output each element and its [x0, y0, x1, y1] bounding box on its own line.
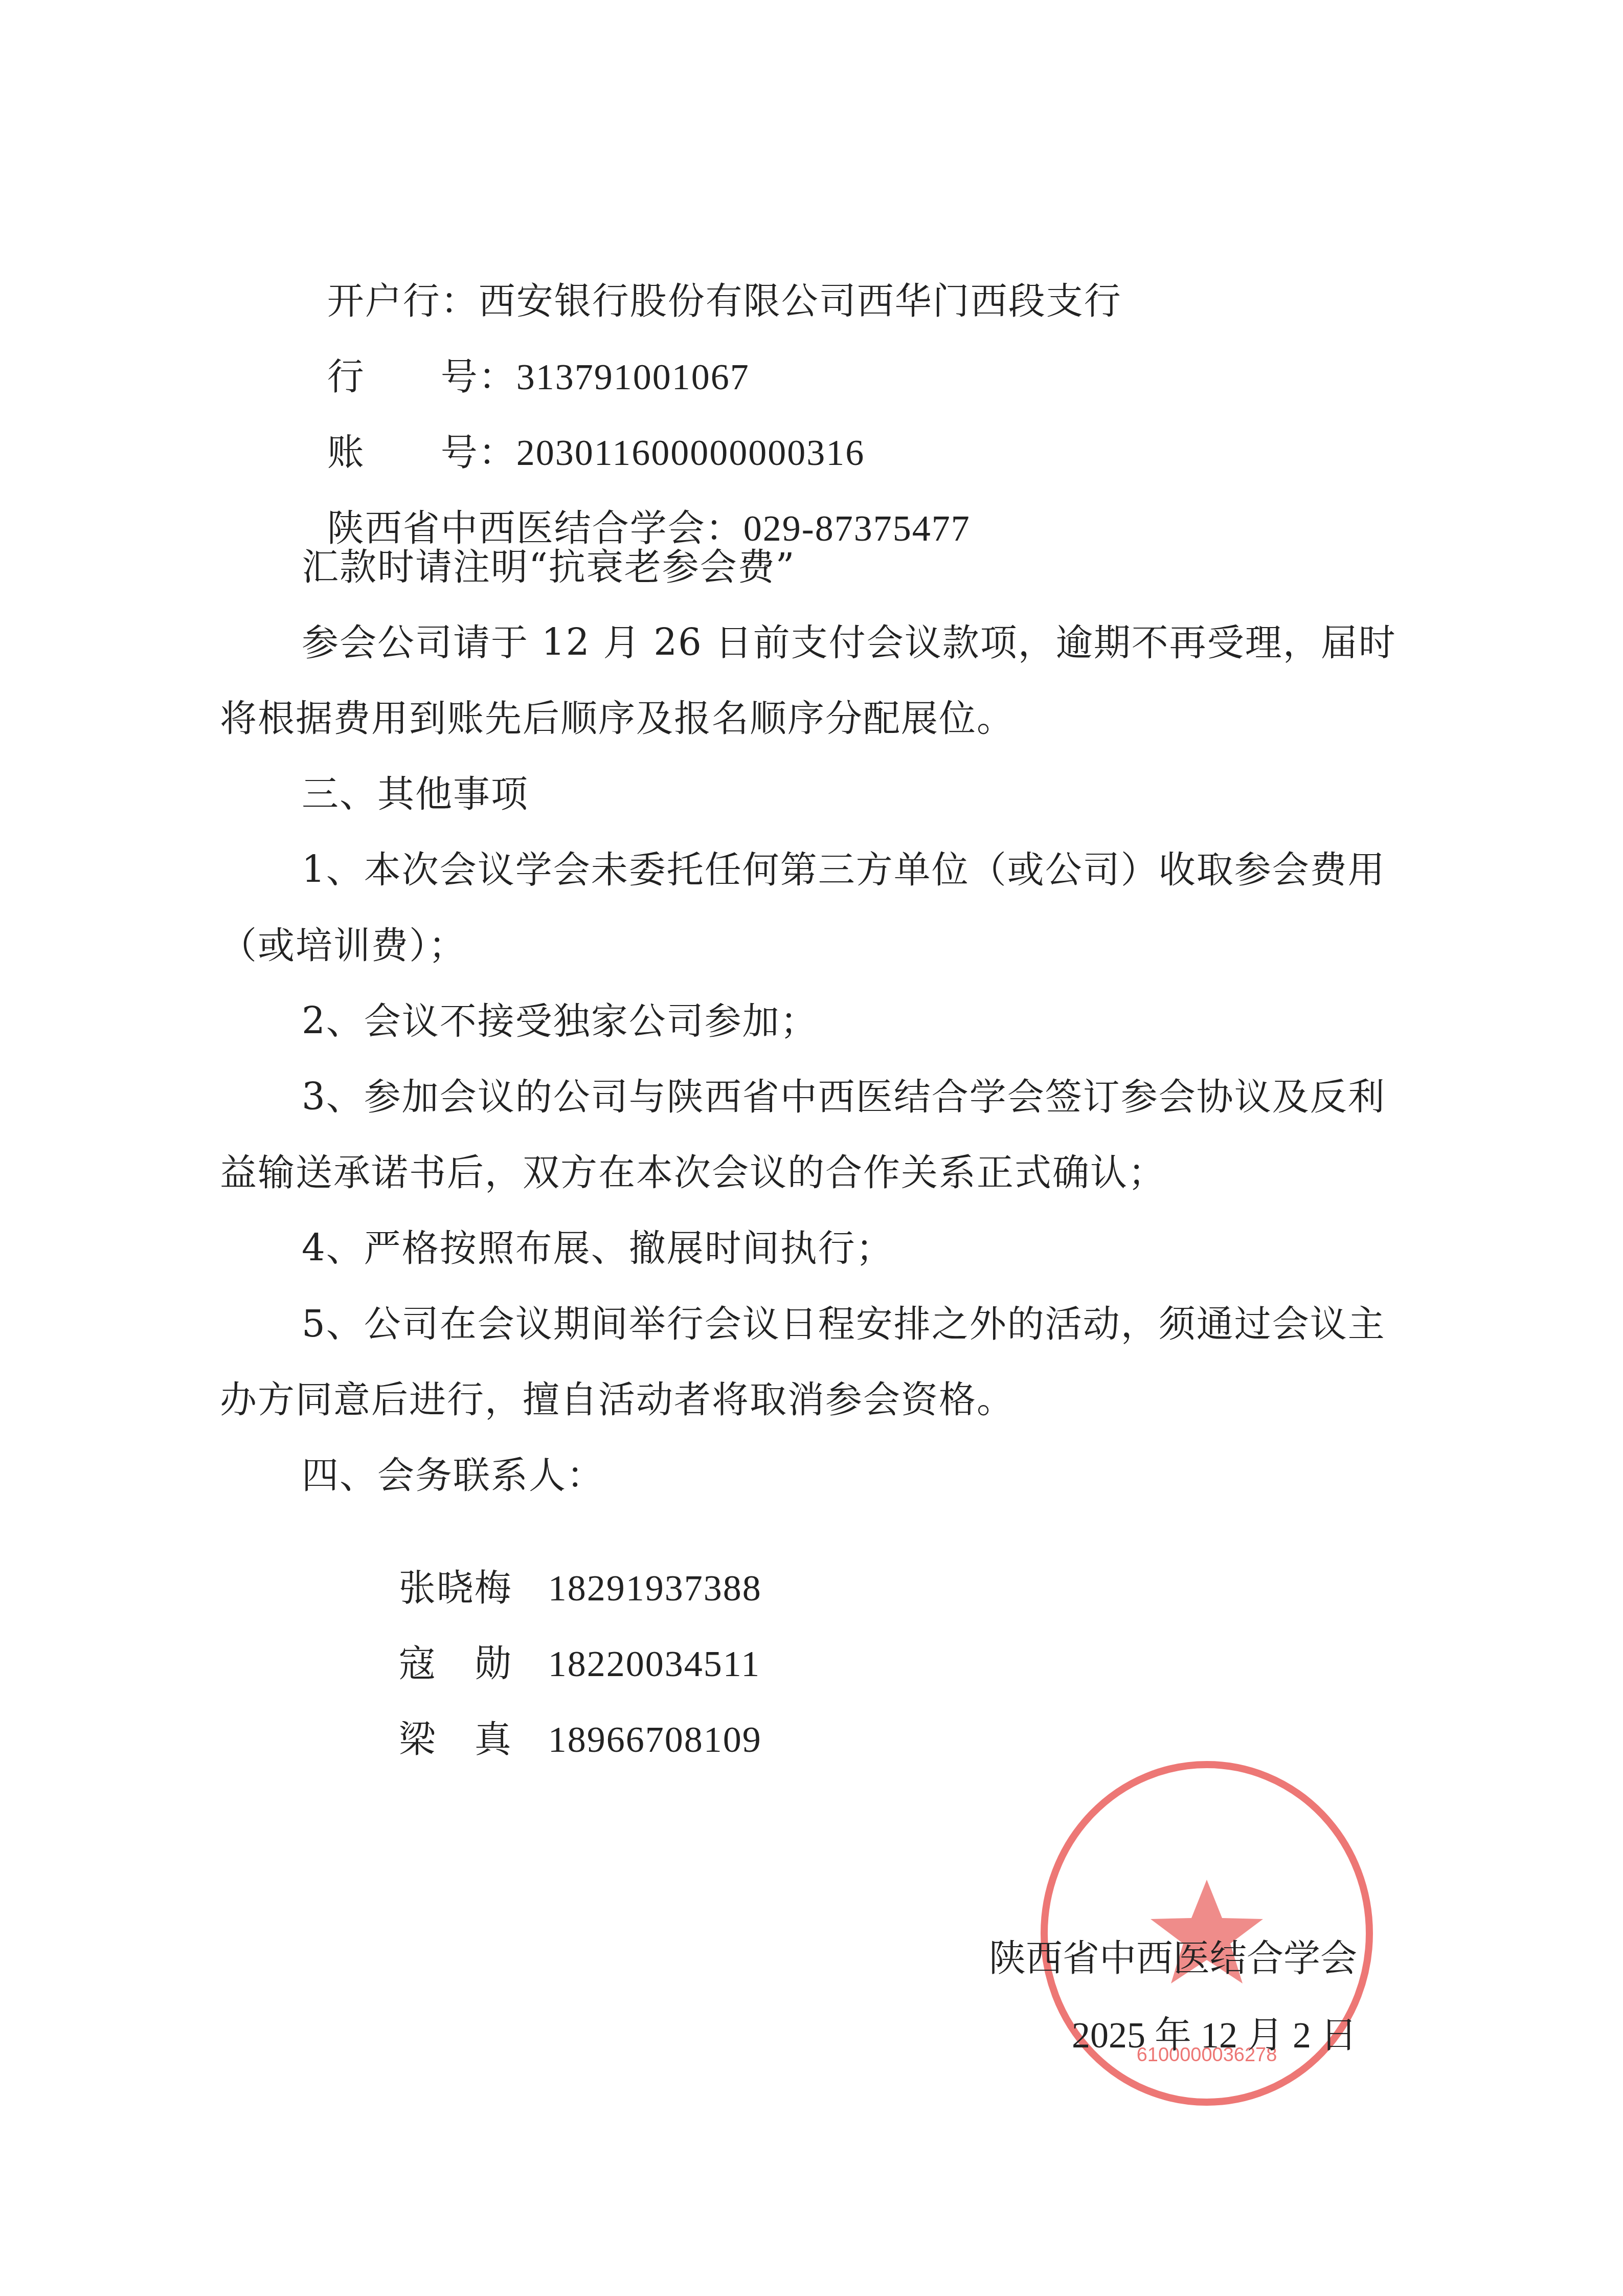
contact-row: 梁 真18966708109 [373, 1684, 762, 1758]
contact-row: 张晓梅18291937388 [373, 1532, 762, 1607]
section3-item1-line1: 1、本次会议学会未委托任何第三方单位（或公司）收取参会费用 [302, 851, 1386, 888]
contact-row: 寇 勋18220034511 [373, 1608, 760, 1682]
payment-notice-line2: 将根据费用到账先后顺序及报名顺序分配展位。 [220, 700, 1015, 737]
payment-notice-line1: 参会公司请于 12 月 26 日前支付会议款项，逾期不再受理，届时 [302, 624, 1396, 661]
remit-note: 汇款时请注明“抗衰老参会费” [302, 548, 796, 585]
section3-item4: 4、严格按照布展、撤展时间执行； [302, 1230, 894, 1266]
society-phone-line: 陕西省中西医结合学会：029-87375477 [302, 473, 971, 547]
bank-code-value: 313791001067 [516, 356, 750, 397]
section3-item1-line2: （或培训费）； [220, 927, 466, 964]
contact-name: 梁 真 [399, 1718, 512, 1760]
section4-heading: 四、会务联系人： [302, 1457, 604, 1493]
account-number-label: 账 号： [327, 431, 516, 474]
contact-name: 张晓梅 [399, 1566, 512, 1609]
account-number-line: 账 号：203011600000000316 [302, 397, 865, 471]
contact-phone: 18291937388 [548, 1568, 762, 1609]
account-bank-value: 西安银行股份有限公司西华门西段支行 [479, 279, 1122, 322]
section3-item5-line2: 办方同意后进行，擅自活动者将取消参会资格。 [220, 1381, 1015, 1418]
signature-date: 2025 年 12 月 2 日 [1072, 2005, 1357, 2058]
contact-phone: 18220034511 [548, 1643, 760, 1684]
bank-code-line: 行 号：313791001067 [302, 321, 750, 395]
society-phone-value: 029-87375477 [743, 508, 971, 549]
account-bank-line: 开户行：西安银行股份有限公司西华门西段支行 [302, 246, 1122, 319]
account-number-value: 203011600000000316 [516, 432, 865, 473]
section3-item5-line1: 5、公司在会议期间举行会议日程安排之外的活动，须通过会议主 [302, 1305, 1386, 1342]
section3-item3-line2: 益输送承诺书后，双方在本次会议的合作关系正式确认； [220, 1154, 1166, 1191]
contact-phone: 18966708109 [548, 1719, 762, 1760]
section3-item3-line1: 3、参加会议的公司与陕西省中西医结合学会签订参会协议及反利 [302, 1078, 1386, 1115]
society-phone-label: 陕西省中西医结合学会： [327, 506, 743, 549]
section3-heading: 三、其他事项 [302, 775, 529, 812]
contact-name: 寇 勋 [399, 1642, 512, 1685]
section3-item2: 2、会议不接受独家公司参加； [302, 1002, 818, 1039]
account-bank-label: 开户行： [327, 279, 479, 322]
signature-organization: 陕西省中西医结合学会 [989, 1928, 1357, 1981]
bank-code-label: 行 号： [327, 355, 516, 398]
